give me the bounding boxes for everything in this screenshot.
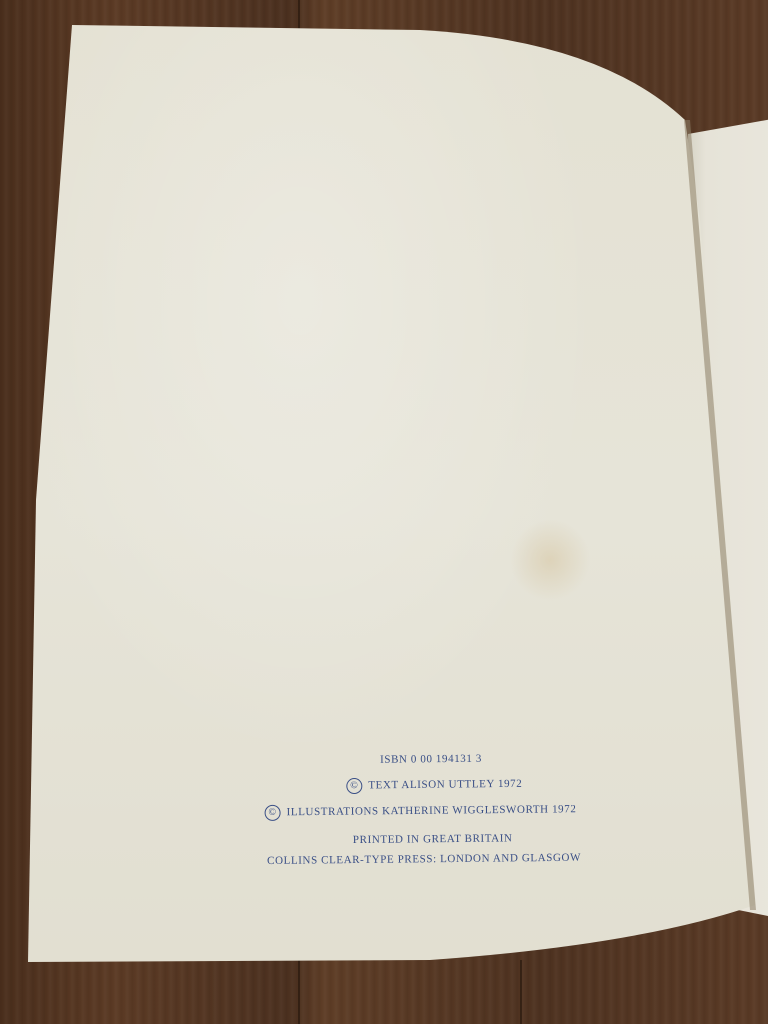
book-page	[0, 0, 768, 1024]
text-copyright-line: ©TEXT ALISON UTTLEY 1972	[346, 776, 522, 794]
copyright-icon: ©	[265, 805, 281, 821]
printed-in-line: PRINTED IN GREAT BRITAIN	[353, 832, 513, 846]
desk-plank-seam	[520, 960, 522, 1024]
text-copyright-text: TEXT ALISON UTTLEY 1972	[368, 778, 522, 792]
illustrations-copyright-text: ILLUSTRATIONS KATHERINE WIGGLESWORTH 197…	[287, 803, 577, 818]
isbn-line: ISBN 0 00 194131 3	[380, 753, 482, 766]
illustrations-copyright-line: ©ILLUSTRATIONS KATHERINE WIGGLESWORTH 19…	[265, 802, 577, 821]
copyright-icon: ©	[346, 778, 362, 794]
